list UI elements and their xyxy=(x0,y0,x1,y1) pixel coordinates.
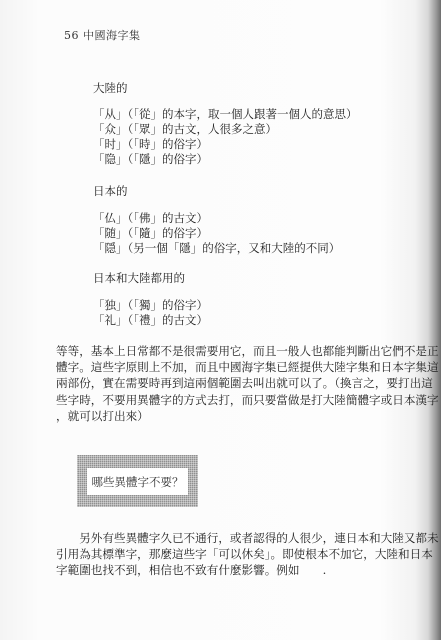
paragraph-1: 等等，基本上日常都不是很需要用它，而且一般人也都能判斷出它們不是正 體字。這些字… xyxy=(56,343,400,424)
entry-mainland-4: 「隐」（「隱」的俗字） xyxy=(93,152,208,166)
book-page: 56 中國海字集 大陸的 「从」（「從」的本字，取一個人跟著一個人的意思） 「众… xyxy=(0,0,441,640)
entry-mainland-3: 「时」（「時」的俗字） xyxy=(93,137,208,151)
running-head: 56 中國海字集 xyxy=(64,27,141,43)
paragraph-2-line: 另外有些異體字久已不通行，或者認得的人很少，連日本和大陸又都未 xyxy=(56,530,400,546)
entry-both-1: 「独」（「獨」的俗字） xyxy=(93,298,208,312)
entry-japan-3: 「隠」（另一個「隱」的俗字，又和大陸的不同） xyxy=(93,241,340,255)
section-heading-mainland: 大陸的 xyxy=(93,80,128,96)
callout-title: 哪些異體字不要？ xyxy=(87,468,188,495)
paragraph-2: 另外有些異體字久已不通行，或者認得的人很少，連日本和大陸又都未 引用為其標準字，… xyxy=(56,530,400,579)
entry-mainland-1: 「从」（「從」的本字，取一個人跟著一個人的意思） xyxy=(93,107,358,121)
paragraph-1-line: 些字時，不要用異體字的方式去打，而只要當做是打大陸簡體字或日本漢字 xyxy=(56,392,400,408)
section-heading-japan: 日本的 xyxy=(93,183,128,199)
entry-both-2: 「礼」（「禮」的古文） xyxy=(93,313,208,327)
section-heading-both: 日本和大陸都用的 xyxy=(93,270,185,286)
entry-japan-1: 「仏」（「佛」的古文） xyxy=(93,211,208,225)
paragraph-1-line: 體字。這些字原則上不加，而且中國海字集已經提供大陸字集和日本字集這 xyxy=(56,359,400,375)
paragraph-1-line: 等等，基本上日常都不是很需要用它，而且一般人也都能判斷出它們不是正 xyxy=(56,343,400,359)
callout-box: 哪些異體字不要？ xyxy=(77,455,198,507)
paragraph-1-line: 兩部份，實在需要時再到這兩個範圍去叫出就可以了。（換言之，要打出這 xyxy=(56,375,400,391)
paragraph-2-line: 引用為其標準字，那麼這些字「可以休矣」。即使根本不加它，大陸和日本 xyxy=(56,546,400,562)
paragraph-1-line: ，就可以打出來） xyxy=(56,408,400,424)
entry-japan-2: 「随」（「隨」的俗字） xyxy=(93,226,208,240)
entry-mainland-2: 「众」（「眾」的古文，人很多之意） xyxy=(93,122,277,136)
paragraph-2-line: 字範圍也找不到，相信也不致有什麼影響。例如 . xyxy=(56,562,400,578)
